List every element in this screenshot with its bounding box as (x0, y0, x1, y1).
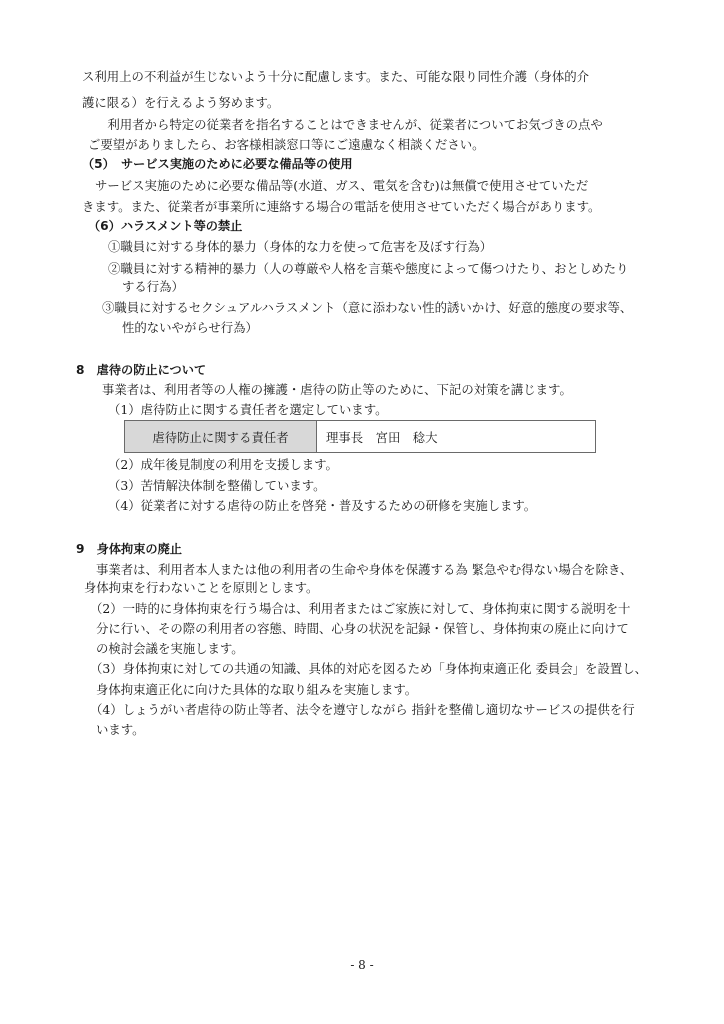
section-heading-8: 8 虐待の防止について (76, 362, 206, 378)
paragraph-line: ス利用上の不利益が生じないよう十分に配慮します。また、可能な限り同性介護（身体的… (82, 69, 589, 85)
list-item: ②職員に対する精神的暴力（人の尊厳や人格を言葉や態度によって傷つけたり、おとしめ… (108, 261, 628, 277)
paragraph-line: 事業者は、利用者等の人権の擁護・虐待の防止等のために、下記の対策を講じます。 (102, 382, 572, 398)
paragraph-line: 利用者から特定の従業者を指名することはできませんが、従業者についてお気づきの点や (95, 117, 603, 133)
list-item-continuation: する行為） (122, 279, 184, 295)
table-value: 理事長 宮田 稔大 (326, 428, 438, 446)
subsection-heading-6: （6）ハラスメント等の禁止 (88, 218, 242, 234)
list-item: （1）虐待防止に関する責任者を選定しています。 (108, 402, 388, 418)
list-item: ③職員に対するセクシュアルハラスメント（意に添わない性的誘いかけ、好意的態度の要… (102, 300, 632, 316)
section-heading-9: 9 身体拘束の廃止 (76, 541, 182, 557)
list-item: （3）身体拘束に対しての共通の知識、具体的対応を図るため「身体拘束適正化 委員会… (90, 661, 647, 677)
paragraph-line: 身体拘束を行わないことを原則とします。 (84, 580, 318, 596)
list-item: ①職員に対する身体的暴力（身体的な力を使って危害を及ぼす行為） (108, 239, 492, 255)
paragraph-line: 護に限る）を行えるよう努めます。 (82, 95, 279, 111)
list-item-continuation: の検討会議を実施します。 (96, 641, 244, 657)
responsible-person-table: 虐待防止に関する責任者 理事長 宮田 稔大 (124, 420, 596, 453)
list-item: （4）しょうがい者虐待の防止等者、法令を遵守しながら 指針を整備し適切なサービス… (90, 702, 635, 718)
paragraph-line: 事業者は、利用者本人または他の利用者の生命や身体を保護する為 緊急やむ得ない場合… (96, 562, 632, 578)
subsection-heading-5: （5） サービス実施のために必要な備品等の使用 (82, 156, 353, 172)
list-item-continuation: います。 (96, 722, 145, 738)
page-number: - 8 - (0, 958, 724, 972)
table-header-cell: 虐待防止に関する責任者 (125, 421, 317, 452)
paragraph-line: サービス実施のために必要な備品等(水道、ガス、電気を含む)は無償で使用させていた… (95, 178, 588, 194)
paragraph-line: ご要望がありましたら、お客様相談窓口等にご遠慮なく相談ください。 (88, 137, 485, 153)
list-item: （3）苦情解決体制を整備しています。 (108, 478, 326, 494)
list-item: （2）一時的に身体拘束を行う場合は、利用者またはご家族に対して、身体拘束に関する… (90, 601, 630, 617)
list-item-continuation: 性的ないやがらせ行為） (122, 320, 258, 336)
list-item: （4）従業者に対する虐待の防止を啓発・普及するための研修を実施します。 (108, 498, 536, 514)
paragraph-line: きます。また、従業者が事業所に連絡する場合の電話を使用させていただく場合がありま… (82, 199, 600, 215)
table-value-cell: 理事長 宮田 稔大 (317, 421, 595, 452)
list-item-continuation: 分に行い、その際の利用者の容態、時間、心身の状況を記録・保管し、身体拘束の廃止に… (96, 621, 629, 637)
table-label: 虐待防止に関する責任者 (152, 428, 288, 446)
list-item-continuation: 身体拘束適正化に向けた具体的な取り組みを実施します。 (96, 682, 417, 698)
list-item: （2）成年後見制度の利用を支援します。 (108, 457, 338, 473)
